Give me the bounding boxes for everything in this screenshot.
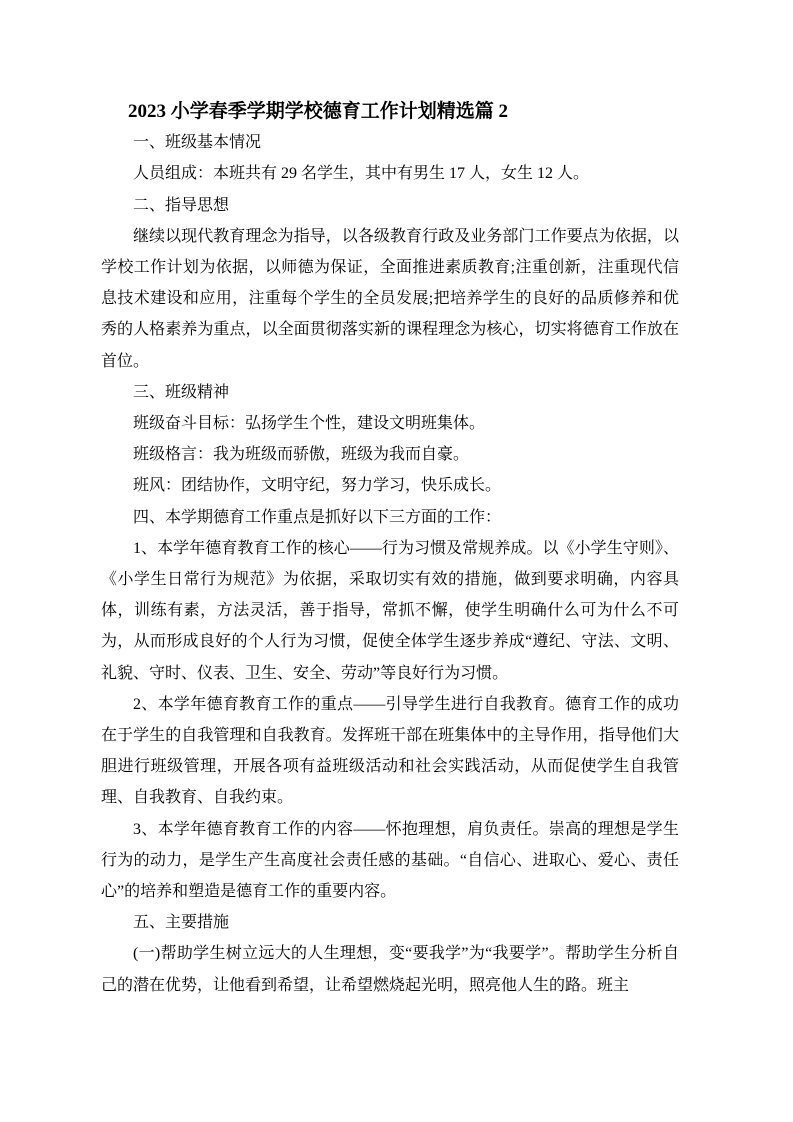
document-viewport: { "colors": { "background": "#ffffff", "… xyxy=(0,0,793,1122)
paragraph: (一)帮助学生树立远大的人生理想，变“要我学”为“我要学”。帮助学生分析自己的潜… xyxy=(101,938,679,1000)
paragraph: 班级奋斗目标：弘扬学生个性，建设文明班集体。 xyxy=(101,408,679,439)
document-body: 一、班级基本情况 人员组成：本班共有 29 名学生，其中有男生 17 人，女生 … xyxy=(101,127,679,1001)
paragraph: 班风：团结协作，文明守纪，努力学习，快乐成长。 xyxy=(101,470,679,501)
paragraph: 班级格言：我为班级而骄傲，班级为我而自豪。 xyxy=(101,439,679,470)
paragraph: 三、班级精神 xyxy=(101,377,679,408)
paragraph: 继续以现代教育理念为指导，以各级教育行政及业务部门工作要点为依据，以学校工作计划… xyxy=(101,221,679,377)
paragraph: 3、本学年德育教育工作的内容——怀抱理想，肩负责任。崇高的理想是学生行为的动力，… xyxy=(101,814,679,908)
document-title: 2023 小学春季学期学校德育工作计划精选篇 2 xyxy=(101,96,679,127)
paragraph: 四、本学期德育工作重点是抓好以下三方面的工作： xyxy=(101,502,679,533)
document-page: 2023 小学春季学期学校德育工作计划精选篇 2 一、班级基本情况 人员组成：本… xyxy=(101,96,679,1001)
paragraph: 1、本学年德育教育工作的核心——行为习惯及常规养成。以《小学生守则》、《小学生日… xyxy=(101,533,679,689)
paragraph: 五、主要措施 xyxy=(101,907,679,938)
paragraph: 二、指导思想 xyxy=(101,190,679,221)
paragraph: 人员组成：本班共有 29 名学生，其中有男生 17 人，女生 12 人。 xyxy=(101,158,679,189)
paragraph: 2、本学年德育教育工作的重点——引导学生进行自我教育。德育工作的成功在于学生的自… xyxy=(101,689,679,814)
paragraph: 一、班级基本情况 xyxy=(101,127,679,158)
